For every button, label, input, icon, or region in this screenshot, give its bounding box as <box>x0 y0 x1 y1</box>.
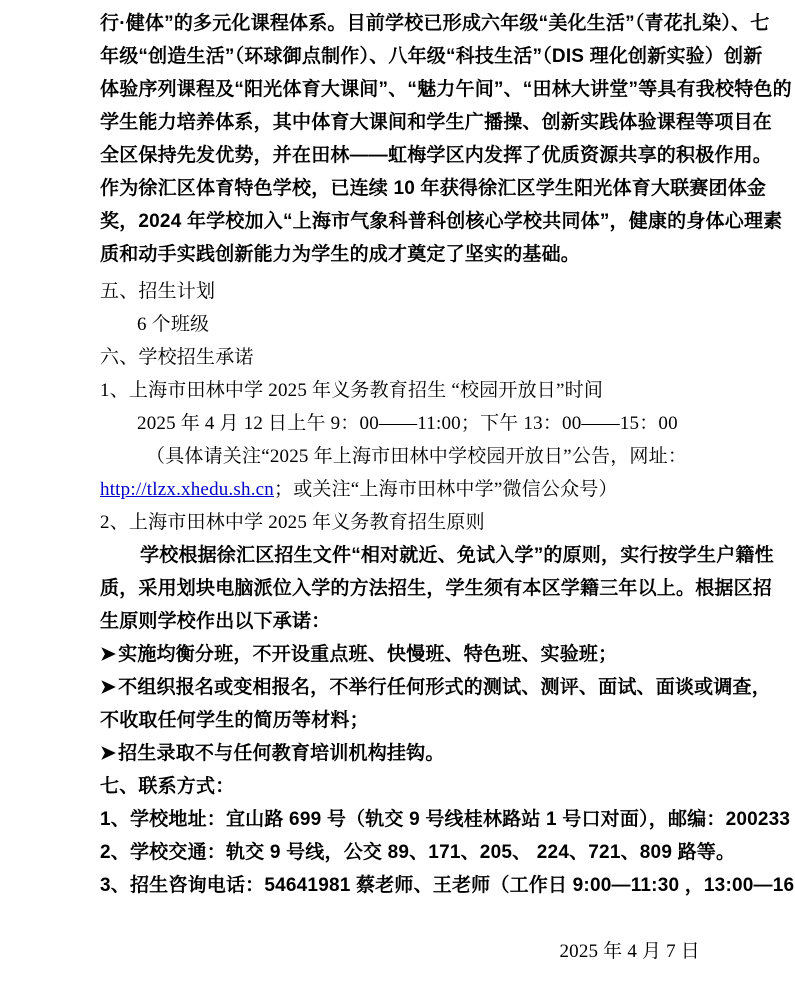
document-line: 学校根据徐汇区招生文件“相对就近、免试入学”的原则，实行按学生户籍性 <box>100 539 700 572</box>
document-line: 全区保持先发优势，并在田林——虹梅学区内发挥了优质资源共享的积极作用。 <box>100 139 700 172</box>
document-line: 七、联系方式： <box>100 770 700 803</box>
document-line: ➤实施均衡分班，不开设重点班、快慢班、特色班、实验班； <box>100 638 700 671</box>
document-line: 2、学校交通：轨交 9 号线，公交 89、171、205、 224、721、80… <box>100 836 700 869</box>
document-viewport: { "colors": { "page_background": "#fffff… <box>0 0 795 1005</box>
document-line: 不收取任何学生的简历等材料； <box>100 704 700 737</box>
arrow-bullet-icon: ➤ <box>100 638 116 671</box>
document-line: 年级“创造生活”（环球御点制作）、八年级“科技生活”（DIS 理化创新实验）创新 <box>100 40 700 73</box>
document-line: 体验序列课程及“阳光体育大课间”、“魅力午间”、“田林大讲堂”等具有我校特色的 <box>100 73 700 106</box>
document-line: ➤招生录取不与任何教育培训机构挂钩。 <box>100 737 700 770</box>
document-line: 五、招生计划 <box>100 275 700 308</box>
arrow-bullet-icon: ➤ <box>100 671 116 704</box>
document-line: 2025 年 4 月 12 日上午 9：00——11:00；下午 13：00——… <box>100 407 700 440</box>
document-line: 奖，2024 年学校加入“上海市气象科普科创核心学校共同体”，健康的身体心理素 <box>100 205 700 238</box>
arrow-bullet-icon: ➤ <box>100 737 116 770</box>
line-text: ；或关注“上海市田林中学”微信公众号） <box>274 479 618 500</box>
document-date: 2025 年 4 月 7 日 <box>100 935 700 968</box>
document-line: http://tlzx.xhedu.sh.cn；或关注“上海市田林中学”微信公众… <box>100 473 700 506</box>
document-line: 六、学校招生承诺 <box>100 341 700 374</box>
document-line: 质，采用划块电脑派位入学的方法招生，学生须有本区学籍三年以上。根据区招 <box>100 572 700 605</box>
document-line: ➤不组织报名或变相报名，不举行任何形式的测试、测评、面试、面谈或调查， <box>100 671 700 704</box>
document-line: 作为徐汇区体育特色学校，已连续 10 年获得徐汇区学生阳光体育大联赛团体金 <box>100 172 700 205</box>
document-line: 质和动手实践创新能力为学生的成才奠定了坚实的基础。 <box>100 238 700 271</box>
bullet-item-text: 招生录取不与任何教育培训机构挂钩。 <box>118 743 444 764</box>
document-line: 生原则学校作出以下承诺： <box>100 605 700 638</box>
document-page: 行·健体”的多元化课程体系。目前学校已形成六年级“美化生活”（青花扎染）、七年级… <box>0 0 795 1005</box>
bullet-item-text: 实施均衡分班，不开设重点班、快慢班、特色班、实验班； <box>118 644 617 665</box>
document-body: 行·健体”的多元化课程体系。目前学校已形成六年级“美化生活”（青花扎染）、七年级… <box>100 7 700 902</box>
document-line: 1、学校地址：宜山路 699 号（轨交 9 号线桂林路站 1 号口对面），邮编：… <box>100 803 700 836</box>
document-line: 行·健体”的多元化课程体系。目前学校已形成六年级“美化生活”（青花扎染）、七 <box>100 7 700 40</box>
document-line: 2、上海市田林中学 2025 年义务教育招生原则 <box>100 506 700 539</box>
document-line: （具体请关注“2025 年上海市田林中学校园开放日”公告，网址： <box>100 440 700 473</box>
document-line: 学生能力培养体系，其中体育大课间和学生广播操、创新实践体验课程等项目在 <box>100 106 700 139</box>
bullet-item-text: 不组织报名或变相报名，不举行任何形式的测试、测评、面试、面谈或调查， <box>118 677 771 698</box>
document-line: 1、上海市田林中学 2025 年义务教育招生 “校园开放日”时间 <box>100 374 700 407</box>
school-website-link[interactable]: http://tlzx.xhedu.sh.cn <box>100 479 274 500</box>
document-line: 6 个班级 <box>100 308 700 341</box>
document-line: 3、招生咨询电话：54641981 蔡老师、王老师（工作日 9:00—11:30… <box>100 869 700 902</box>
